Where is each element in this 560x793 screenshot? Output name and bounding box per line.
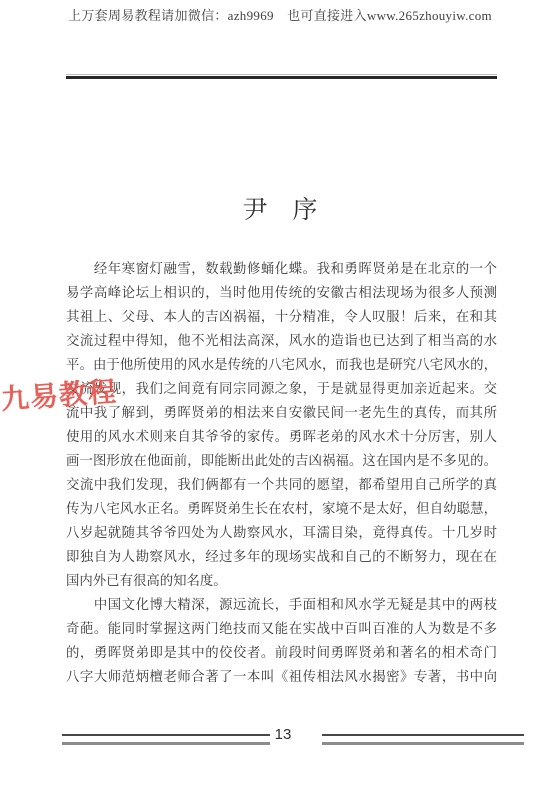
body-text-line: 奇葩。能同时掌握这两门绝技而又能在实战中百叫百准的人为数是不多 — [66, 617, 497, 641]
book-page: 上万套周易教程请加微信：azh9969 也可直接进入www.265zhouyiw… — [0, 0, 560, 793]
body-text: 经年寒窗灯融雪，数载勤修蛹化蝶。我和勇晖贤弟是在北京的一个易学高峰论坛上相识的，… — [66, 257, 497, 689]
body-text-line: 八岁起就随其爷爷四处为人勘察风水，耳濡目染，竟得真传。十几岁时 — [66, 521, 497, 545]
body-text-line: 交流发现，我们之间竟有同宗同源之象，于是就显得更加亲近起来。交 — [66, 377, 497, 401]
header-promo-text: 上万套周易教程请加微信：azh9969 也可直接进入www.265zhouyiw… — [0, 5, 560, 24]
chapter-title: 尹 序 — [0, 190, 560, 226]
body-text-line: 交流过程中得知，他不光相法高深，风水的造诣也已达到了相当高的水 — [66, 329, 497, 353]
header-rule — [66, 74, 497, 79]
body-text-line: 的，勇晖贤弟即是其中的佼佼者。前段时间勇晖贤弟和著名的相术奇门 — [66, 641, 497, 665]
body-text-line: 使用的风水术则来自其爷爷的家传。勇晖老弟的风水术十分厉害，别人 — [66, 425, 497, 449]
header-rule-thick — [66, 76, 497, 79]
body-text-line: 国内外已有很高的知名度。 — [66, 569, 497, 593]
body-text-line: 流中我了解到，勇晖贤弟的相法来自安徽民间一老先生的真传，而其所 — [66, 401, 497, 425]
body-text-line: 八字大师范炳檀老师合著了一本叫《祖传相法风水揭密》专著，书中向 — [66, 665, 497, 689]
body-text-line: 经年寒窗灯融雪，数载勤修蛹化蝶。我和勇晖贤弟是在北京的一个 — [66, 257, 497, 281]
watermark: 九易教程 — [0, 370, 118, 418]
body-text-line: 易学高峰论坛上相识的，当时他用传统的安徽古相法现场为很多人预测 — [66, 281, 497, 305]
body-text-line: 中国文化博大精深，源远流长，手面相和风水学无疑是其中的两枝 — [66, 593, 497, 617]
page-number: 13 — [0, 726, 560, 743]
body-text-line: 即独自为人勘察风水，经过多年的现场实战和自己的不断努力，现在在 — [66, 545, 497, 569]
body-text-line: 平。由于他所使用的风水是传统的八宅风水，而我也是研究八宅风水的， — [66, 353, 497, 377]
body-text-line: 其祖上、父母、本人的吉凶祸福，十分精准，令人叹服！后来，在和其 — [66, 305, 497, 329]
body-text-line: 画一图形放在他面前，即能断出此处的吉凶祸福。这在国内是不多见的。 — [66, 449, 497, 473]
body-text-line: 交流中我们发现，我们俩都有一个共同的愿望，都希望用自己所学的真 — [66, 473, 497, 497]
header-rule-thin — [66, 74, 497, 75]
body-text-line: 传为八宅风水正名。勇晖贤弟生长在农村，家境不是太好，但自幼聪慧， — [66, 497, 497, 521]
